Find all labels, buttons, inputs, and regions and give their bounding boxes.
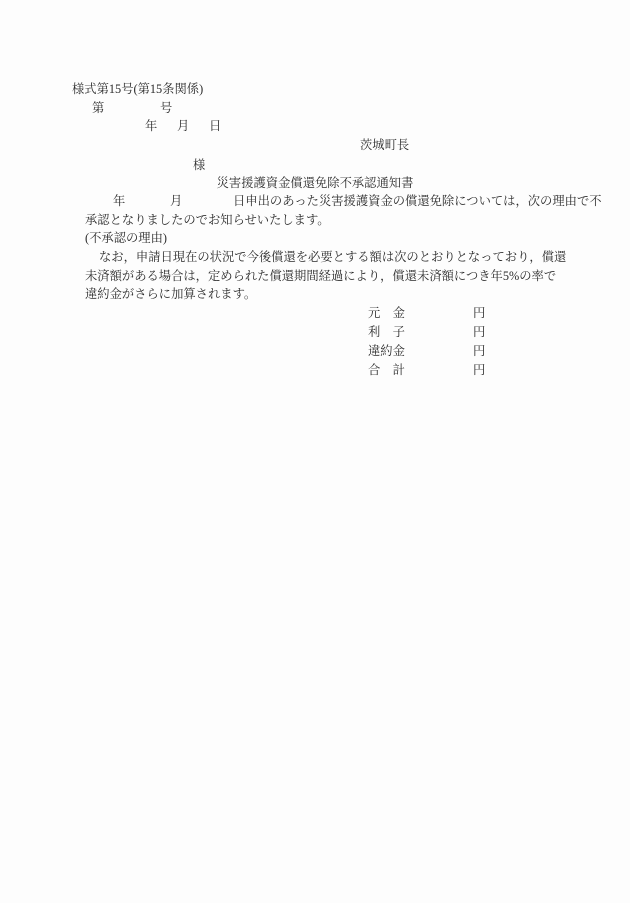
amount-label-penalty: 違約金 — [368, 344, 405, 358]
body-date-month: 月 — [170, 194, 182, 208]
date-day-label: 日 — [209, 119, 221, 133]
document-page: 様式第15号(第15条関係) 第 号 年 月 日 茨城町長 様 災害援護資金償還… — [0, 0, 630, 903]
amount-label-principal: 元 金 — [368, 306, 405, 320]
body-date-year: 年 — [113, 194, 125, 208]
amount-unit-principal: 円 — [473, 306, 485, 320]
date-year-label: 年 — [145, 119, 157, 133]
doc-number-suffix: 号 — [160, 101, 172, 115]
date-month-label: 月 — [177, 119, 189, 133]
note-line-3: 違約金がさらに加算されます。 — [85, 287, 256, 301]
reason-heading: (不承認の理由) — [85, 231, 167, 245]
form-number-label: 様式第15号(第15条関係) — [72, 82, 203, 96]
note-line-1: なお，申請日現在の状況で今後償還を必要とする額は次のとおりとなっており，償還 — [99, 250, 566, 264]
body-line-2: 承認となりましたのでお知らせいたします。 — [85, 213, 330, 227]
doc-number-prefix: 第 — [92, 101, 104, 115]
amount-label-interest: 利 子 — [368, 325, 405, 339]
amount-unit-penalty: 円 — [473, 344, 485, 358]
body-line-1: 日申出のあった災害援護資金の償還免除については，次の理由で不 — [233, 194, 602, 208]
addressee-honorific: 様 — [193, 158, 205, 172]
note-line-2: 未済額がある場合は，定められた償還期間経過により，償還未済額につき年5%の率で — [85, 269, 556, 283]
amount-unit-interest: 円 — [473, 325, 485, 339]
amount-label-total: 合 計 — [368, 363, 405, 377]
document-title: 災害援護資金償還免除不承認通知書 — [0, 176, 630, 190]
sender-name: 茨城町長 — [360, 138, 409, 152]
amount-unit-total: 円 — [473, 363, 485, 377]
